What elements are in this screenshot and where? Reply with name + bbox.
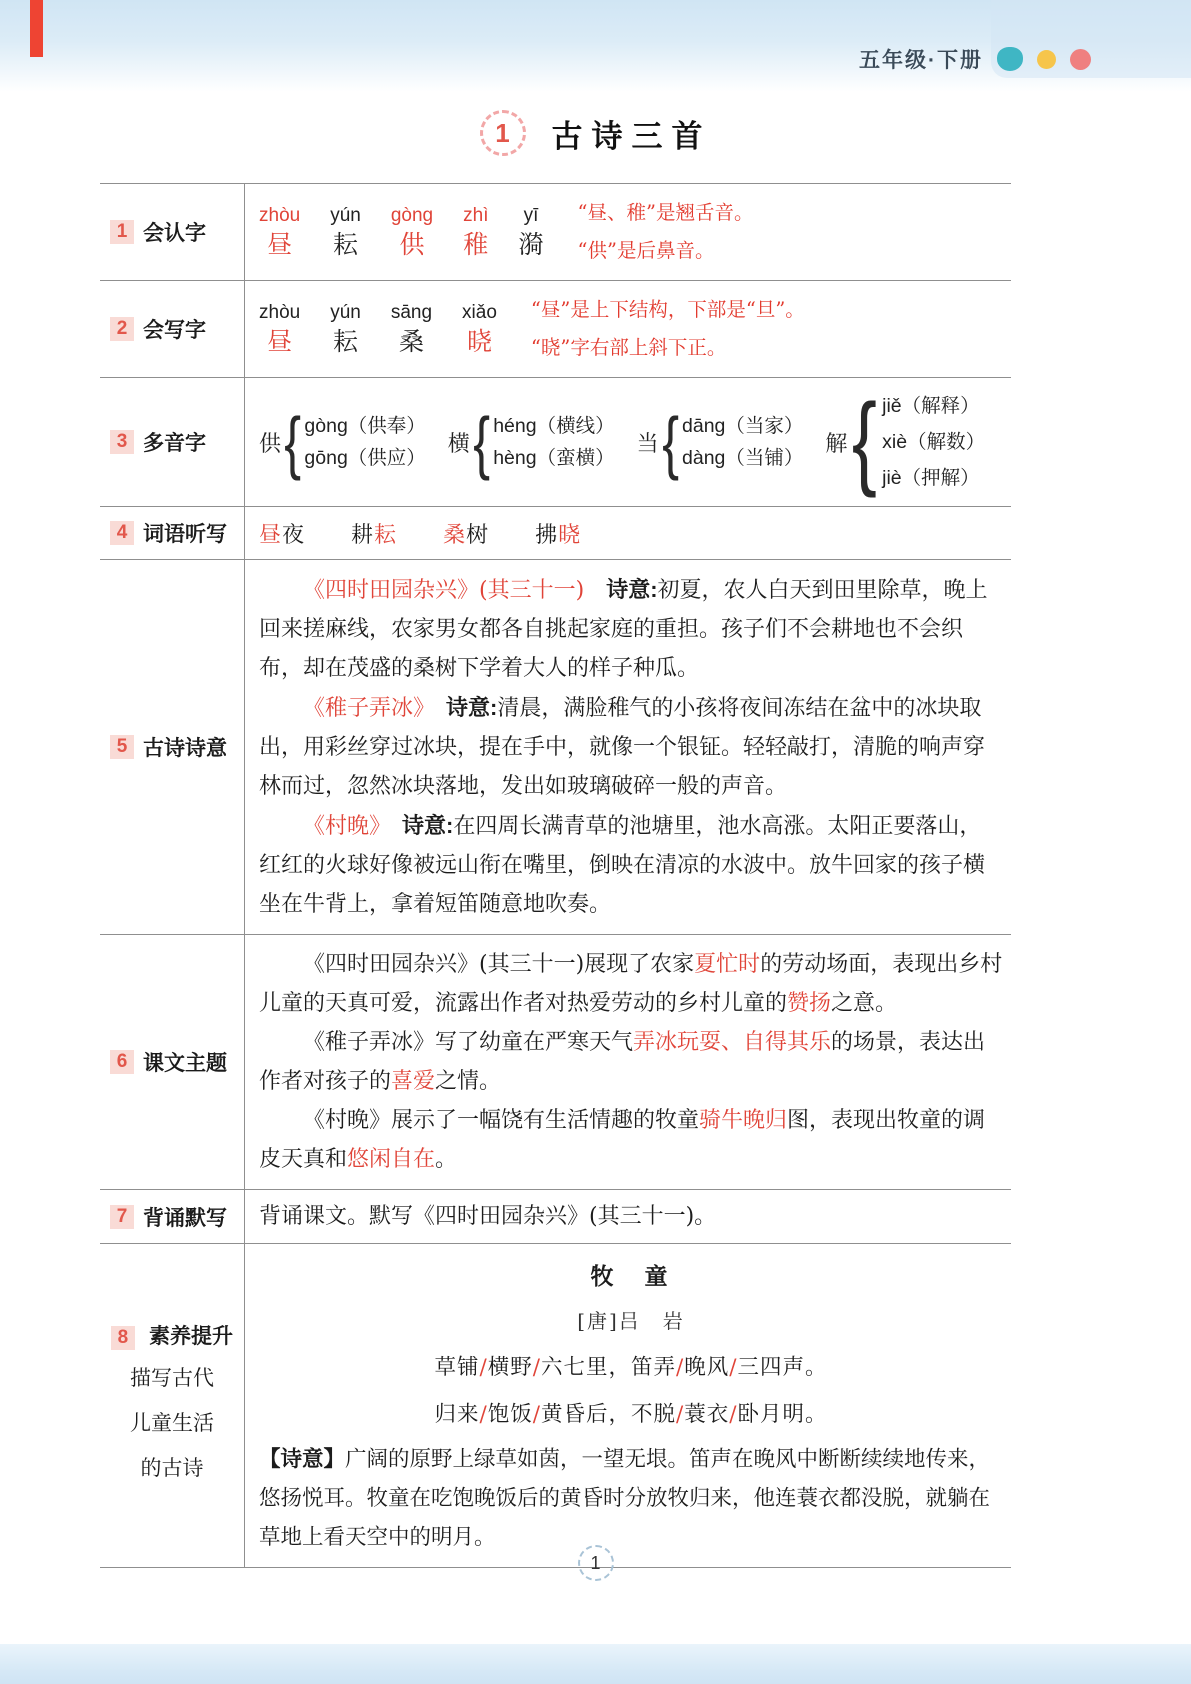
row-label: 7 背诵默写 [100,1190,245,1243]
char-entry: zhì稚 [463,204,488,261]
row-label: 3 多音字 [100,378,245,506]
row-number-badge: 1 [110,220,134,244]
row-number-badge: 8 [111,1326,135,1350]
row-content: zhòu昼yún耘gòng供zhì稚yī漪 “昼、稚”是翘舌音。“供”是后鼻音。 [245,184,1011,280]
corner-accent-bar [30,0,43,57]
row-label-text: 课文主题 [143,1047,227,1077]
table-row-xiezi: 2 会写字 zhòu昼yún耘sāng桑xiǎo晓 “昼”是上下结构，下部是“旦… [100,281,1011,378]
char-entry: yún耘 [330,301,361,358]
row-content: 《四时田园杂兴》(其三十一)展现了农家夏忙时的劳动场面，表现出乡村儿童的天真可爱… [245,935,1011,1189]
polyphone-group: 横 { héng（横线）hèng（蛮横） [448,410,615,474]
row-label: 1 会认字 [100,184,245,280]
row-label: 2 会写字 [100,281,245,377]
row-number-badge: 4 [110,521,134,545]
row-label-text: 素养提升 [149,1325,233,1348]
row-content: 背诵课文。默写《四时田园杂兴》(其三十一)。 [245,1190,1011,1243]
workbook-page: 五年级·下册 1 古诗三首 1 会认字 zhòu昼yún耘gòng供zhì稚yī… [0,0,1191,1684]
char-entry: xiǎo晓 [462,301,497,358]
char-entry: gòng供 [391,204,433,261]
row-content: 《四时田园杂兴》(其三十一) 诗意:初夏，农人白天到田里除草，晚上回来搓麻线，农… [245,560,1011,934]
table-row-zhuti: 6 课文主题 《四时田园杂兴》(其三十一)展现了农家夏忙时的劳动场面，表现出乡村… [100,935,1011,1190]
row-number-badge: 3 [110,430,134,454]
row-label-text: 会认字 [143,217,206,247]
page-header: 五年级·下册 [859,44,1091,74]
poem-meaning-paragraph: 《四时田园杂兴》(其三十一) 诗意:初夏，农人白天到田里除草，晚上回来搓麻线，农… [259,570,1003,688]
poem-meaning: 【诗意】广阔的原野上绿草如茵，一望无垠。笛声在晚风中断断续续地传来，悠扬悦耳。牧… [259,1440,1003,1557]
row-content: 供 { gòng（供奉）gōng（供应） 横 { héng（横线）hèng（蛮横… [245,378,1011,506]
teacher-note: “昼、稚”是翘舌音。“供”是后鼻音。 [578,194,754,270]
poem-title: 牧 童 [259,1258,1003,1291]
row-label: 4 词语听写 [100,507,245,559]
char-entry: yún耘 [330,204,361,261]
table-row-duoyinzi: 3 多音字 供 { gòng（供奉）gōng（供应） 横 { héng（横线）h… [100,378,1011,507]
theme-paragraph: 《村晚》展示了一幅饶有生活情趣的牧童骑牛晚归图，表现出牧童的调皮天真和悠闲自在。 [259,1101,1003,1179]
lesson-number-badge: 1 [480,110,526,156]
page-footer: 1 [0,1545,1191,1581]
pinyin-char-list: zhòu昼yún耘gòng供zhì稚yī漪 [259,204,544,261]
summary-table: 1 会认字 zhòu昼yún耘gòng供zhì稚yī漪 “昼、稚”是翘舌音。“供… [100,183,1011,1568]
teacher-note: “昼”是上下结构，下部是“旦”。“晓”字右部上斜下正。 [531,291,805,367]
polyphone-group: 当 { dāng（当家）dàng（当铺） [637,410,804,474]
teal-dot-icon [997,47,1023,71]
poem-line: 草铺/横野/六七里，笛弄/晚风/三四声。 [259,1350,1003,1381]
polyphone-group: 解 { jiě（解释）xiè（解数）jiè（押解） [825,388,985,496]
row-number-badge: 2 [110,317,134,341]
poem-meaning-paragraph: 《稚子弄冰》 诗意:清晨，满脸稚气的小孩将夜间冻结在盆中的冰块取出，用彩丝穿过冰… [259,688,1003,806]
polyphone-base-char: 解 [825,427,847,458]
char-entry: zhòu昼 [259,301,300,358]
row-label-text: 背诵默写 [143,1202,227,1232]
pinyin-char-list: zhòu昼yún耘sāng桑xiǎo晓 [259,301,497,358]
polyphone-readings: dāng（当家）dàng（当铺） [682,410,803,474]
char-entry: sāng桑 [391,301,432,358]
char-entry: zhòu昼 [259,204,300,261]
row-label-text: 多音字 [143,427,206,457]
table-row-beisong: 7 背诵默写 背诵课文。默写《四时田园杂兴》(其三十一)。 [100,1190,1011,1244]
char-entry: yī漪 [518,204,543,261]
row-content: 昼夜 耕耘 桑树 拂晓 [245,507,1011,559]
polyphone-base-char: 横 [448,427,470,458]
brace-icon: { [662,411,679,474]
edition-label: 五年级·下册 [859,44,983,74]
row-label-text: 古诗诗意 [143,732,227,762]
brace-icon: { [284,411,301,474]
table-row-suyang: 8 素养提升 描写古代儿童生活的古诗 牧 童 [唐]吕 岩 草铺/横野/六七里，… [100,1244,1011,1567]
recitation-task: 背诵课文。默写《四时田园杂兴》(其三十一)。 [259,1200,716,1233]
page-number: 1 [590,1553,600,1574]
table-row-shiyi: 5 古诗诗意 《四时田园杂兴》(其三十一) 诗意:初夏，农人白天到田里除草，晚上… [100,560,1011,935]
polyphone-readings: jiě（解释）xiè（解数）jiè（押解） [882,388,985,496]
row-sublabel: 描写古代儿童生活的古诗 [130,1356,214,1491]
brace-icon: { [852,395,877,489]
row-number-badge: 5 [110,735,134,759]
dictation-words: 昼夜 耕耘 桑树 拂晓 [259,518,581,549]
row-content: 牧 童 [唐]吕 岩 草铺/横野/六七里，笛弄/晚风/三四声。 归来/饱饭/黄昏… [245,1244,1011,1567]
poem-meaning-paragraph: 《村晚》 诗意:在四周长满青草的池塘里，池水高涨。太阳正要落山，红红的火球好像被… [259,806,1003,924]
bottom-band [0,1644,1191,1684]
polyphone-readings: héng（横线）hèng（蛮横） [493,410,614,474]
row-label-text: 会写字 [143,314,206,344]
polyphone-base-char: 当 [637,427,659,458]
lesson-name: 古诗三首 [552,111,712,156]
poem-author: [唐]吕 岩 [259,1305,1003,1334]
brace-icon: { [473,411,490,474]
row-number-badge: 6 [110,1050,134,1074]
row-label-text: 词语听写 [143,518,227,548]
row-label: 6 课文主题 [100,935,245,1189]
polyphone-group: 供 { gòng（供奉）gōng（供应） [259,410,426,474]
row-label: 8 素养提升 描写古代儿童生活的古诗 [100,1244,245,1567]
yellow-dot-icon [1037,50,1056,69]
row-label: 5 古诗诗意 [100,560,245,934]
table-row-renzi: 1 会认字 zhòu昼yún耘gòng供zhì稚yī漪 “昼、稚”是翘舌音。“供… [100,184,1011,281]
pink-dot-icon [1070,49,1091,70]
theme-paragraph: 《稚子弄冰》写了幼童在严寒天气弄冰玩耍、自得其乐的场景，表达出作者对孩子的喜爱之… [259,1023,1003,1101]
theme-paragraph: 《四时田园杂兴》(其三十一)展现了农家夏忙时的劳动场面，表现出乡村儿童的天真可爱… [259,945,1003,1023]
row-number-badge: 7 [110,1205,134,1229]
page-number-badge: 1 [578,1545,614,1581]
polyphone-base-char: 供 [259,427,281,458]
table-row-tingxie: 4 词语听写 昼夜 耕耘 桑树 拂晓 [100,507,1011,560]
poem-line: 归来/饱饭/黄昏后，不脱/蓑衣/卧月明。 [259,1397,1003,1428]
lesson-title: 1 古诗三首 [0,110,1191,156]
row-content: zhòu昼yún耘sāng桑xiǎo晓 “昼”是上下结构，下部是“旦”。“晓”字… [245,281,1011,377]
polyphone-readings: gòng（供奉）gōng（供应） [304,410,425,474]
